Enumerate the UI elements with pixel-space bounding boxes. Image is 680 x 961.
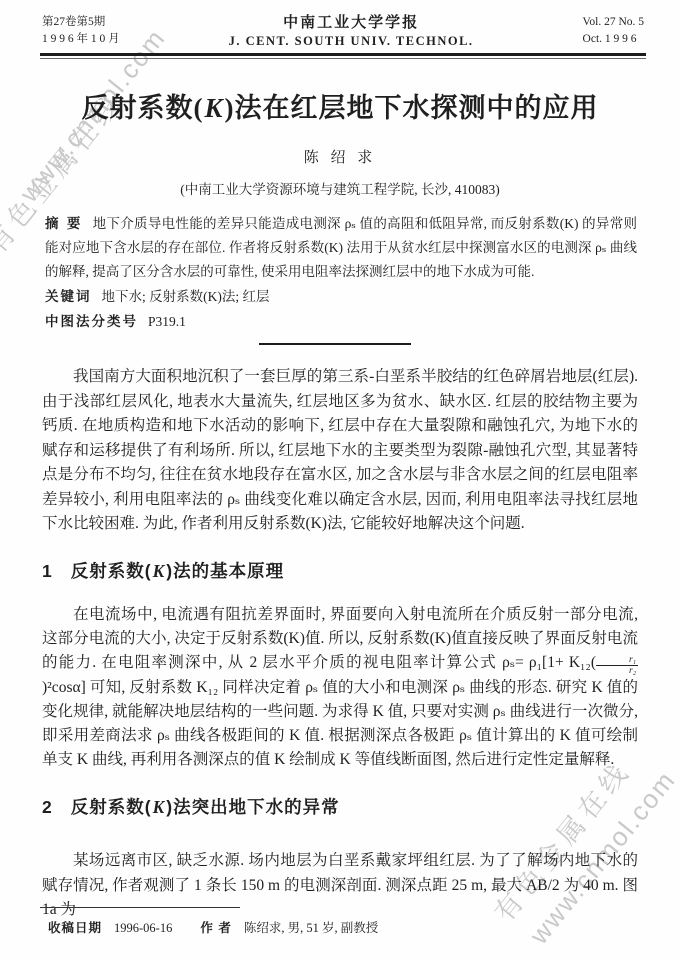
article-author: 陈 绍 求 xyxy=(0,146,680,167)
abstract-divider-rule xyxy=(259,343,411,345)
formula-fraction-numerator: r₁ xyxy=(596,655,638,666)
footnote-rule xyxy=(40,907,240,908)
section2-paragraph: 某场远离市区, 缺乏水源. 场内地层为白垩系戴家坪组红层. 为了了解场内地下水的… xyxy=(42,849,638,923)
clc-code: P319.1 xyxy=(148,314,186,329)
article-title-post: )法在红层地下水探测中的应用 xyxy=(225,93,599,123)
formula-fraction-denominator: r₂ xyxy=(596,666,638,676)
abstract-paragraph: 摘 要地下介质导电性能的差异只能造成电测深 ρₛ 值的高阻和低阻异常, 而反射系… xyxy=(45,212,637,284)
journal-name-en: J. CENT. SOUTH UNIV. TECHNOL. xyxy=(120,32,583,50)
section1-heading: 1反射系数(K)法的基本原理 xyxy=(42,558,638,583)
keywords-line: 关键词地下水; 反射系数(K)法; 红层 xyxy=(45,285,637,309)
journal-header: 第27卷第5期 1 9 9 6 年 1 0 月 中南工业大学学报 J. CENT… xyxy=(42,14,644,52)
section1-heading-symbol-k: K xyxy=(152,561,167,581)
section2-heading-symbol-k: K xyxy=(152,797,167,817)
keywords-label: 关键词 xyxy=(45,289,92,304)
journal-issue-en: Vol. 27 No. 5 Oct. 1 9 9 6 xyxy=(583,14,644,48)
section1-paragraph: 在电流场中, 电流遇有阻抗差界面时, 界面要向入射电流所在介质反射一部分电流, … xyxy=(42,603,638,772)
section2-heading: 2反射系数(K)法突出地下水的异常 xyxy=(42,794,638,819)
keywords-text: 地下水; 反射系数(K)法; 红层 xyxy=(102,289,270,304)
header-rule xyxy=(40,53,646,59)
article-title-symbol-k: K xyxy=(203,93,224,123)
received-date-value: 1996-06-16 xyxy=(114,921,172,935)
intro-paragraph: 我国南方大面积地沉积了一套巨厚的第三系-白垩系半胶结的红色碎屑岩地层(红层). … xyxy=(42,365,638,537)
journal-volume-issue-en: Vol. 27 No. 5 xyxy=(583,14,644,31)
abstract-block: 摘 要地下介质导电性能的差异只能造成电测深 ρₛ 值的高阻和低阻异常, 而反射系… xyxy=(45,212,637,334)
author-bio: 陈绍求, 男, 51 岁, 副教授 xyxy=(244,921,378,935)
section2-heading-post: )法突出地下水的异常 xyxy=(166,797,339,817)
section1-number: 1 xyxy=(42,561,53,581)
journal-volume-issue-cn: 第27卷第5期 xyxy=(42,14,120,31)
section2-heading-pre: 反射系数( xyxy=(71,797,152,817)
abstract-text: 地下介质导电性能的差异只能造成电测深 ρₛ 值的高阻和低阻异常, 而反射系数(K… xyxy=(45,216,637,279)
journal-name-block: 中南工业大学学报 J. CENT. SOUTH UNIV. TECHNOL. xyxy=(120,14,583,50)
abstract-label: 摘 要 xyxy=(45,216,83,231)
section1-text-part2: )²cosα] 可知, 反射系数 K₁₂ 同样决定着 ρₛ 值的大小和电测深 ρ… xyxy=(42,679,638,768)
journal-date-en: Oct. 1 9 9 6 xyxy=(583,31,644,48)
section1-heading-post: )法的基本原理 xyxy=(166,561,284,581)
journal-date-cn: 1 9 9 6 年 1 0 月 xyxy=(42,31,120,48)
section1-heading-pre: 反射系数( xyxy=(71,561,152,581)
clc-label: 中图法分类号 xyxy=(45,314,138,329)
paper-page: 有色金属在线 www.cnmol.com 有色金属在线 www.cnmol.co… xyxy=(0,0,680,961)
clc-line: 中图法分类号P319.1 xyxy=(45,310,637,334)
received-date-label: 收稿日期 xyxy=(48,921,102,935)
author-label: 作 者 xyxy=(200,921,231,935)
article-title: 反射系数(K)法在红层地下水探测中的应用 xyxy=(0,86,680,125)
section1-text-part1: 在电流场中, 电流遇有阻抗差界面时, 界面要向入射电流所在介质反射一部分电流, … xyxy=(42,606,638,671)
article-affiliation: (中南工业大学资源环境与建筑工程学院, 长沙, 410083) xyxy=(0,178,680,198)
formula-fraction: r₁r₂ xyxy=(596,655,638,676)
journal-issue-cn: 第27卷第5期 1 9 9 6 年 1 0 月 xyxy=(42,14,120,48)
journal-name-cn: 中南工业大学学报 xyxy=(120,14,583,32)
article-title-pre: 反射系数( xyxy=(81,93,203,123)
footnote-line: 收稿日期1996-06-16作 者陈绍求, 男, 51 岁, 副教授 xyxy=(48,918,406,936)
section2-number: 2 xyxy=(42,797,53,817)
